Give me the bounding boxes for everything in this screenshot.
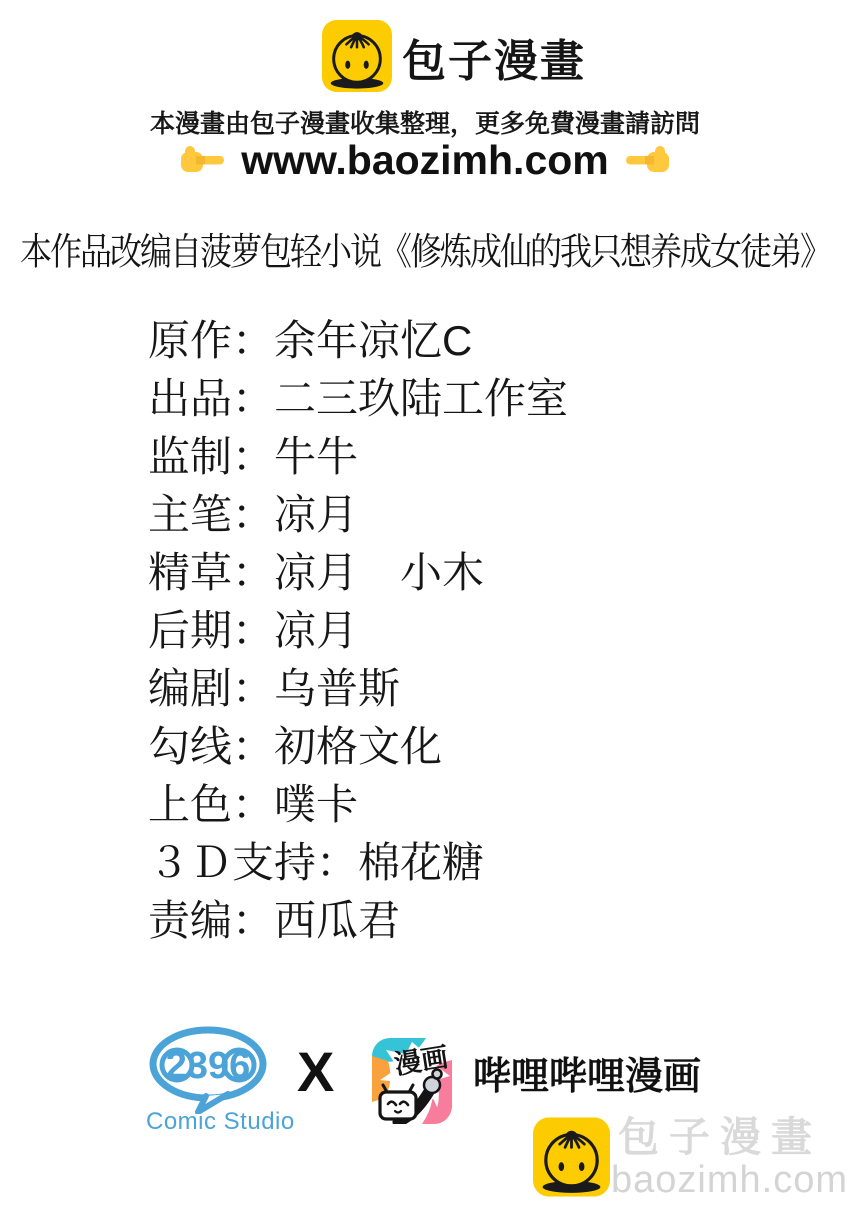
studio-2396-number: 2396 [166,1045,251,1087]
baozi-watermark-icon [533,1117,610,1197]
credit-row: 原作：余年凉忆C [148,312,568,370]
watermark-domain: baozimh.com [611,1161,848,1199]
watermark-brand-name: 包子漫畫 [618,1117,822,1158]
collab-x-separator: X [297,1044,334,1100]
studio-2396-label: Comic Studio [146,1110,276,1134]
credit-role: 原作 [148,317,232,364]
credit-row: 主笔：凉月 [148,486,568,544]
credit-colon: ： [232,607,274,654]
credit-colon: ： [232,317,274,364]
website-link-row: www.baozimh.com [0,134,850,186]
credit-name: 凉月 [274,491,358,538]
credit-row: 精草：凉月 小木 [148,544,568,602]
credit-row: 责编：西瓜君 [148,892,568,950]
credit-name: 西瓜君 [274,897,400,944]
baozi-logo-icon [322,19,392,93]
credit-name: 乌普斯 [274,665,400,712]
credit-colon: ： [232,665,274,712]
credit-name: 凉月 小木 [274,549,484,596]
credit-row: 编剧：乌普斯 [148,660,568,718]
credit-row: ３Ｄ支持：棉花糖 [148,834,568,892]
credit-name: 棉花糖 [358,839,484,886]
credit-role: 勾线 [148,723,232,770]
credit-colon: ： [232,897,274,944]
credit-row: 后期：凉月 [148,602,568,660]
credits-list: 原作：余年凉忆C 出品：二三玖陆工作室 监制：牛牛 主笔：凉月 精草：凉月 小木… [148,312,568,950]
credit-role: 出品 [148,375,232,422]
page: 包子漫畫 本漫畫由包子漫畫收集整理，更多免費漫畫請訪問 www.baozimh.… [0,0,850,1221]
credit-colon: ： [232,375,274,422]
brand-name: 包子漫畫 [402,40,586,84]
credit-colon: ： [316,839,358,886]
credit-colon: ： [232,723,274,770]
credit-name: 二三玖陆工作室 [274,375,568,422]
partner-name: 哔哩哔哩漫画 [473,1058,701,1096]
credit-colon: ： [232,491,274,538]
adaptation-notice: 本作品改编自菠萝包轻小说《修炼成仙的我只想养成女徒弟》 [0,222,850,268]
credit-name: 凉月 [274,607,358,654]
credit-colon: ： [232,549,274,596]
credit-role: 编剧 [148,665,232,712]
credit-name: 余年凉忆C [274,317,472,364]
credit-colon: ： [232,433,274,480]
credit-name: 牛牛 [274,433,358,480]
website-url[interactable]: www.baozimh.com [241,140,609,181]
adaptation-notice-text: 本作品改编自菠萝包轻小说《修炼成仙的我只想养成女徒弟》 [20,222,830,276]
credit-row: 上色：噗卡 [148,776,568,834]
pointing-right-icon [181,145,225,175]
credit-row: 出品：二三玖陆工作室 [148,370,568,428]
credit-role: 精草 [148,549,232,596]
credit-role: 主笔 [148,491,232,538]
bilibili-manga-icon: 漫画 [372,1038,452,1124]
credit-role: 上色 [148,781,232,828]
pointing-left-icon [625,145,669,175]
credit-role: 后期 [148,607,232,654]
credit-role: 责编 [148,897,232,944]
credit-row: 勾线：初格文化 [148,718,568,776]
credit-name: 初格文化 [274,723,442,770]
credit-row: 监制：牛牛 [148,428,568,486]
credit-role: 监制 [148,433,232,480]
credit-colon: ： [232,781,274,828]
credit-name: 噗卡 [274,781,358,828]
studio-2396-logo: 2396 [148,1026,272,1114]
credit-role: ３Ｄ支持 [148,839,316,886]
